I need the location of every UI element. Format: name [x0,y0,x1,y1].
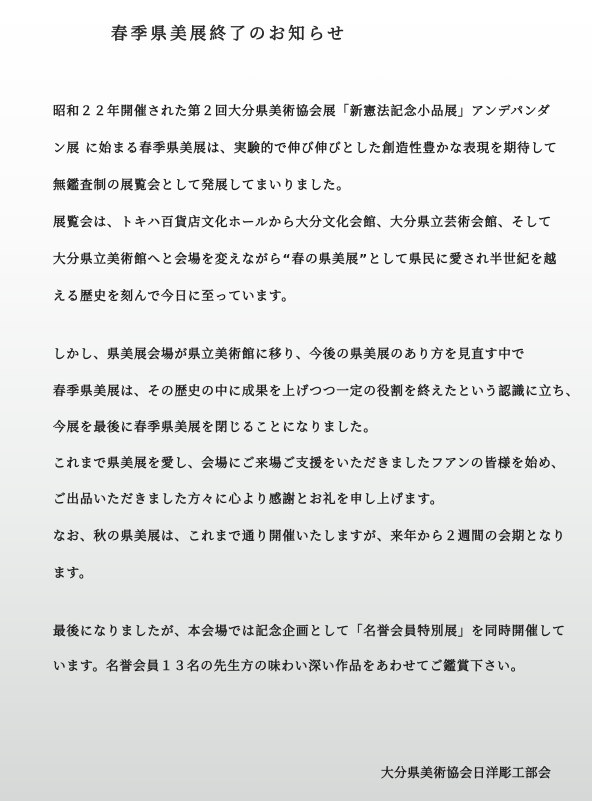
paragraph-5-line-2: ます。 [53,562,92,581]
paragraph-6-line-2: います。名誉会員１３名の先生方の味わい深い作品をあわせてご鑑賞下さい。 [53,655,524,674]
paragraph-3-line-2: 春季県美展は、その歴史の中に成果を上げつつ一定の役割を終えたという認識に立ち、 [53,380,579,399]
paragraph-3-line-1: しかし、県美展会場が県立美術館に移り、今後の県美展のあり方を見直す中で [53,343,525,362]
paragraph-4-line-2: ご出品いただきました方々に心より感謝とお礼を申し上げます。 [53,488,443,507]
paragraph-6-line-1: 最後になりましたが、本会場では記念企画として「名誉会員特別展」を同時開催して [53,620,566,639]
signature: 大分県美術協会日洋彫工部会 [381,762,551,781]
notice-title: 春季県美展終了のお知らせ [111,20,347,44]
paragraph-1-line-3: 無鑑査制の展覧会として発展してまいりました。 [53,174,350,193]
paragraph-4-line-1: これまで県美展を愛し、会場にご来場ご支援をいただきましたフアンの皆様を始め、 [53,452,565,471]
notice-document: 春季県美展終了のお知らせ 昭和２２年開催された第２回大分県美術協会展「新憲法記念… [0,0,592,801]
paragraph-2-line-2: 大分県立美術館へと会場を変えながら“春の県美展”として県民に愛され半世紀を越 [53,248,557,267]
paragraph-5-line-1: なお、秋の県美展は、これまで通り開催いたしますが、来年から２週間の会期となり [53,525,566,544]
paragraph-2-line-1: 展覧会は、トキハ百貨店文化ホールから大分文化会館、大分県立芸術会館、そして [53,211,552,230]
paragraph-3-line-3: 今展を最後に春季県美展を閉じることになりました。 [53,416,377,435]
paragraph-1-line-1: 昭和２２年開催された第２回大分県美術協会展「新憲法記念小品展」アンデパンダ [53,100,551,119]
paragraph-2-line-3: える歴史を刻んで今日に至っています。 [53,285,295,304]
paragraph-1-line-2: ン展 に始まる春季県美展は、実験的で伸び伸びとした創造性豊かな表現を期待して [53,137,558,156]
